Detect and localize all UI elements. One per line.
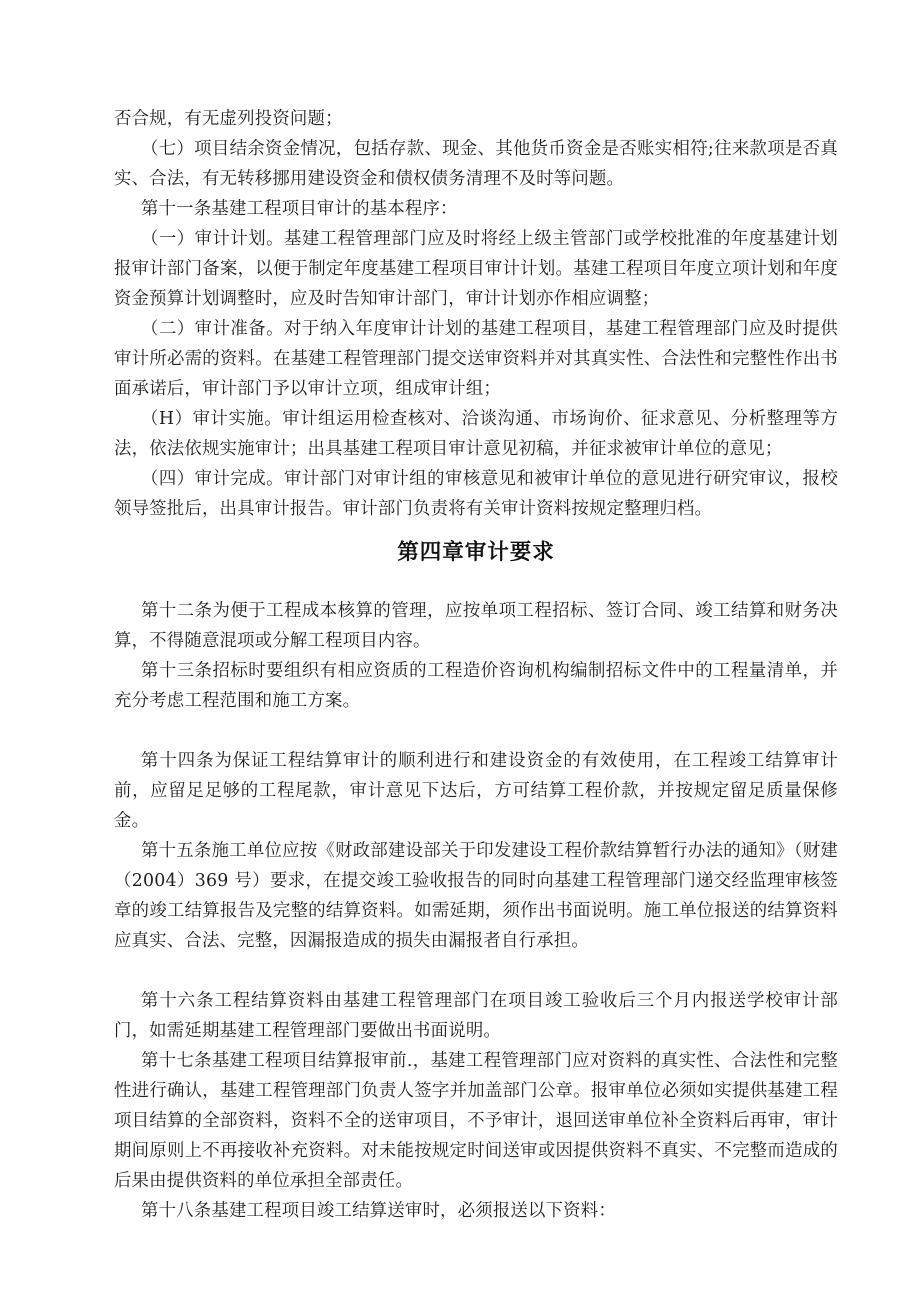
paragraph-article-16: 第十六条工程结算资料由基建工程管理部门在项目竣工验收后三个月内报送学校审计部门，… <box>114 986 838 1046</box>
document-body: 否合规，有无虚列投资问题； （七）项目结余资金情况，包括存款、现金、其他货币资金… <box>114 104 838 1226</box>
paragraph-step-4-audit-complete: （四）审计完成。审计部门对审计组的审核意见和被审计单位的意见进行研究审议，报校领… <box>114 464 838 524</box>
document-page: 否合规，有无虚列投资问题； （七）项目结余资金情况，包括存款、现金、其他货币资金… <box>0 0 920 1301</box>
paragraph-article-13: 第十三条招标时要组织有相应资质的工程造价咨询机构编制招标文件中的工程量清单，并充… <box>114 656 838 716</box>
paragraph-article-12: 第十二条为便于工程成本核算的管理，应按单项工程招标、签订合同、竣工结算和财务决算… <box>114 596 838 656</box>
paragraph-step-1-audit-plan: （一）审计计划。基建工程管理部门应及时将经上级主管部门或学校批准的年度基建计划报… <box>114 224 838 314</box>
paragraph-continuation: 否合规，有无虚列投资问题； <box>114 104 838 134</box>
paragraph-article-18: 第十八条基建工程项目竣工结算送审时，必须报送以下资料： <box>114 1196 838 1226</box>
paragraph-step-3-audit-implement: （H）审计实施。审计组运用检查核对、洽谈沟通、市场询价、征求意见、分析整理等方法… <box>114 404 838 464</box>
paragraph-item-7: （七）项目结余资金情况，包括存款、现金、其他货币资金是否账实相符;往来款项是否真… <box>114 134 838 194</box>
paragraph-step-2-audit-prep: （二）审计准备。对于纳入年度审计计划的基建工程项目，基建工程管理部门应及时提供审… <box>114 314 838 404</box>
chapter-heading: 第四章审计要求 <box>114 538 838 568</box>
paragraph-article-15: 第十五条施工单位应按《财政部建设部关于印发建设工程价款结算暂行办法的通知》（财建… <box>114 836 838 956</box>
paragraph-article-14: 第十四条为保证工程结算审计的顺利进行和建设资金的有效使用，在工程竣工结算审计前，… <box>114 746 838 836</box>
paragraph-article-11: 第十一条基建工程项目审计的基本程序： <box>114 194 838 224</box>
paragraph-article-17: 第十七条基建工程项目结算报审前.，基建工程管理部门应对资料的真实性、合法性和完整… <box>114 1046 838 1196</box>
